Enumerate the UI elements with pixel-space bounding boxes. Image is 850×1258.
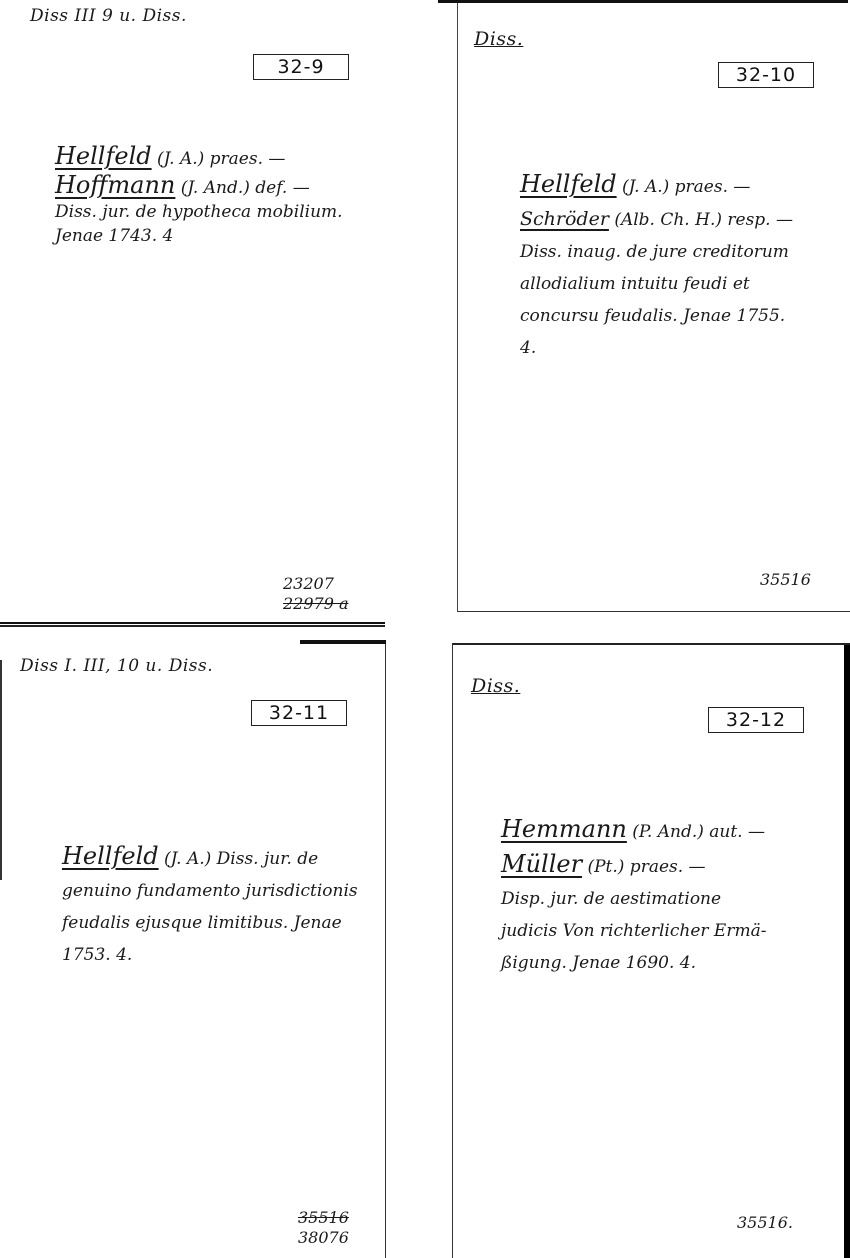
entry-line: concursu feudalis. Jenae 1755. xyxy=(520,300,793,332)
respondent-name: Müller xyxy=(501,850,582,878)
entry-line: Disp. jur. de aestimatione xyxy=(501,883,766,915)
entry-line: ßigung. Jenae 1690. 4. xyxy=(501,947,766,979)
respondent-name: Schröder xyxy=(520,208,609,230)
entry-line: Hemmann (P. And.) aut. — xyxy=(501,813,766,848)
shelfmark: Diss. xyxy=(471,675,520,697)
shelfmark: Diss III 9 u. Diss. xyxy=(30,6,187,26)
card-edge xyxy=(438,0,848,3)
accession-numbers: 35516 38076 xyxy=(298,1208,349,1248)
call-number-box: 32-12 xyxy=(708,707,804,733)
entry-line: 4. xyxy=(520,332,793,364)
accession-number: 38076 xyxy=(298,1228,349,1248)
card-edge xyxy=(300,640,386,644)
catalog-entry: Hellfeld (J. A.) praes. — Schröder (Alb.… xyxy=(520,168,793,364)
accession-numbers: 23207 22979 a xyxy=(283,574,349,614)
author-name: Hellfeld xyxy=(520,170,617,198)
catalog-entry: Hemmann (P. And.) aut. — Müller (Pt.) pr… xyxy=(501,813,766,979)
catalog-card-32-9: Diss III 9 u. Diss. 32-9 Hellfeld (J. A.… xyxy=(0,0,440,622)
shelfmark: Diss. xyxy=(474,28,523,50)
accession-number-struck: 35516 xyxy=(298,1208,349,1228)
entry-text: (P. And.) aut. — xyxy=(632,822,765,842)
catalog-entry: Hellfeld (J. A.) Diss. jur. de genuino f… xyxy=(62,840,358,971)
entry-line: judicis Von richterlicher Ermä- xyxy=(501,915,766,947)
call-number-box: 32-11 xyxy=(251,700,347,726)
accession-number-struck: 22979 a xyxy=(283,594,349,614)
entry-line: Müller (Pt.) praes. — xyxy=(501,848,766,883)
call-number-box: 32-9 xyxy=(253,54,349,80)
entry-text: (J. A.) Diss. jur. de xyxy=(164,849,318,869)
card-edge xyxy=(0,625,385,627)
card-edge xyxy=(0,660,2,880)
catalog-card-32-10: Diss. 32-10 Hellfeld (J. A.) praes. — Sc… xyxy=(457,0,850,612)
entry-line: Diss. inaug. de jure creditorum xyxy=(520,236,793,268)
entry-text: (Pt.) praes. — xyxy=(587,857,705,877)
entry-line: Hellfeld (J. A.) praes. — xyxy=(520,168,793,203)
entry-line: feudalis ejusque limitibus. Jenae xyxy=(62,907,358,939)
entry-line: genuino fundamento jurisdictionis xyxy=(62,875,358,907)
catalog-entry: Hellfeld (J. A.) praes. — Hoffmann (J. A… xyxy=(55,140,343,252)
entry-text: (Alb. Ch. H.) resp. — xyxy=(614,210,793,230)
accession-numbers: 35516. xyxy=(737,1213,793,1233)
card-edge xyxy=(844,645,850,1258)
entry-line: 1753. 4. xyxy=(62,939,358,971)
card-edge xyxy=(0,622,385,624)
entry-text: (J. And.) def. — xyxy=(181,178,310,198)
accession-number: 35516 xyxy=(760,570,811,590)
accession-number: 23207 xyxy=(283,574,349,594)
entry-text: (J. A.) praes. — xyxy=(622,177,750,197)
entry-text: (J. A.) praes. — xyxy=(157,149,285,169)
author-name: Hemmann xyxy=(501,815,627,843)
shelfmark: Diss I. III, 10 u. Diss. xyxy=(20,656,213,676)
accession-numbers: 35516 xyxy=(760,570,811,590)
catalog-card-32-12: Diss. 32-12 Hemmann (P. And.) aut. — Mül… xyxy=(452,643,850,1258)
author-name: Hellfeld xyxy=(55,142,152,170)
accession-number: 35516. xyxy=(737,1213,793,1233)
entry-line: allodialium intuitu feudi et xyxy=(520,268,793,300)
entry-line: Schröder (Alb. Ch. H.) resp. — xyxy=(520,203,793,236)
entry-line: Hellfeld (J. A.) Diss. jur. de xyxy=(62,840,358,875)
catalog-card-32-11: Diss I. III, 10 u. Diss. 32-11 Hellfeld … xyxy=(0,640,386,1258)
respondent-name: Hoffmann xyxy=(55,171,175,199)
call-number-box: 32-10 xyxy=(718,62,814,88)
author-name: Hellfeld xyxy=(62,842,159,870)
